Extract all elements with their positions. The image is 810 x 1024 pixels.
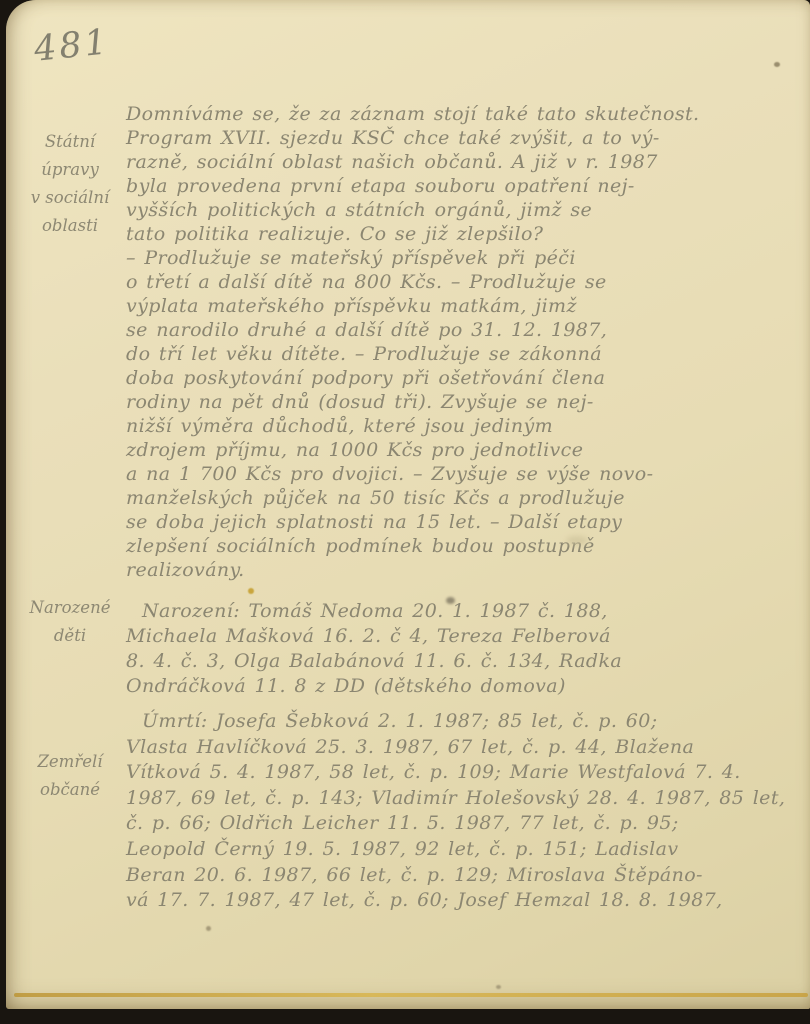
text-line: Narození: Tomáš Nedoma 20. 1. 1987 č. 18… (126, 599, 804, 624)
text-line: byla provedena první etapa souboru opatř… (126, 174, 804, 198)
chronicle-page: 481 Státní úpravy v sociální oblasti Nar… (6, 0, 810, 1009)
paragraph-births: Narození: Tomáš Nedoma 20. 1. 1987 č. 18… (126, 599, 804, 699)
paper-speck (774, 62, 780, 67)
text-line: Michaela Mašková 16. 2. č 4, Tereza Felb… (126, 624, 804, 649)
text-line: Beran 20. 6. 1987, 66 let, č. p. 129; Mi… (126, 863, 804, 889)
text-line: Úmrtí: Josefa Šebková 2. 1. 1987; 85 let… (126, 709, 804, 735)
margin-note-line: oblasti (16, 212, 124, 240)
text-line: manželských půjček na 50 tisíc Kčs a pro… (126, 486, 804, 510)
text-line: č. p. 66; Oldřich Leicher 11. 5. 1987, 7… (126, 811, 804, 837)
paper-speck (206, 926, 211, 931)
margin-note-line: v sociální (16, 184, 124, 212)
margin-note-line: Narozené (16, 594, 124, 622)
text-line: se narodilo druhé a další dítě po 31. 12… (126, 318, 804, 342)
text-line: 8. 4. č. 3, Olga Balabánová 11. 6. č. 13… (126, 649, 804, 674)
text-line: tato politika realizuje. Co se již zlepš… (126, 222, 804, 246)
text-line: Ondráčková 11. 8 z DD (dětského domova) (126, 674, 804, 699)
text-line: o třetí a další dítě na 800 Kčs. – Prodl… (126, 270, 804, 294)
paper-smudge (446, 597, 455, 604)
text-line: doba poskytování podpory při ošetřování … (126, 366, 804, 390)
margin-note-born-children: Narozené děti (16, 594, 124, 650)
text-line: vyšších politických a státních orgánů, j… (126, 198, 804, 222)
margin-note-social-reforms: Státní úpravy v sociální oblasti (16, 128, 124, 240)
text-line: nižší výměra důchodů, které jsou jediným (126, 414, 804, 438)
text-line: Vítková 5. 4. 1987, 58 let, č. p. 109; M… (126, 760, 804, 786)
text-line: výplata mateřského příspěvku matkám, jim… (126, 294, 804, 318)
text-line: a na 1 700 Kčs pro dvojici. – Zvyšuje se… (126, 462, 804, 486)
paper-yellow-spot (248, 588, 254, 594)
handwritten-text-block: Domníváme se, že za záznam stojí také ta… (126, 102, 804, 914)
text-line: do tří let věku dítěte. – Prodlužuje se … (126, 342, 804, 366)
text-line: 1987, 69 let, č. p. 143; Vladimír Holešo… (126, 786, 804, 812)
text-line: Domníváme se, že za záznam stojí také ta… (126, 102, 804, 126)
text-line: se doba jejich splatnosti na 15 let. – D… (126, 510, 804, 534)
paper-speck (496, 985, 501, 989)
margin-note-line: Státní (16, 128, 124, 156)
text-line: zlepšení sociálních podmínek budou postu… (126, 534, 804, 558)
margin-note-line: Zemřelí (16, 748, 124, 776)
text-line: zdrojem příjmu, na 1000 Kčs pro jednotli… (126, 438, 804, 462)
text-line: Vlasta Havlíčková 25. 3. 1987, 67 let, č… (126, 735, 804, 761)
paragraph-deaths: Úmrtí: Josefa Šebková 2. 1. 1987; 85 let… (126, 709, 804, 914)
text-line: rodiny na pět dnů (dosud tři). Zvyšuje s… (126, 390, 804, 414)
page-bottom-edge (14, 993, 808, 997)
chronicle-photo: { "colors": {"paper": "#e8ddb4", "pencil… (0, 0, 810, 1024)
text-line: vá 17. 7. 1987, 47 let, č. p. 60; Josef … (126, 888, 804, 914)
text-line: razně, sociální oblast našich občanů. A … (126, 150, 804, 174)
text-line: Program XVII. sjezdu KSČ chce také zvýši… (126, 126, 804, 150)
paper-smudge (566, 536, 588, 545)
text-line: – Prodlužuje se mateřský příspěvek při p… (126, 246, 804, 270)
text-line: Leopold Černý 19. 5. 1987, 92 let, č. p.… (126, 837, 804, 863)
paragraph-social-reforms: Domníváme se, že za záznam stojí také ta… (126, 102, 804, 582)
margin-note-line: občané (16, 776, 124, 804)
margin-note-line: děti (16, 622, 124, 650)
margin-note-deceased-citizens: Zemřelí občané (16, 748, 124, 804)
text-line: realizovány. (126, 558, 804, 582)
margin-note-line: úpravy (16, 156, 124, 184)
page-number: 481 (32, 22, 112, 70)
